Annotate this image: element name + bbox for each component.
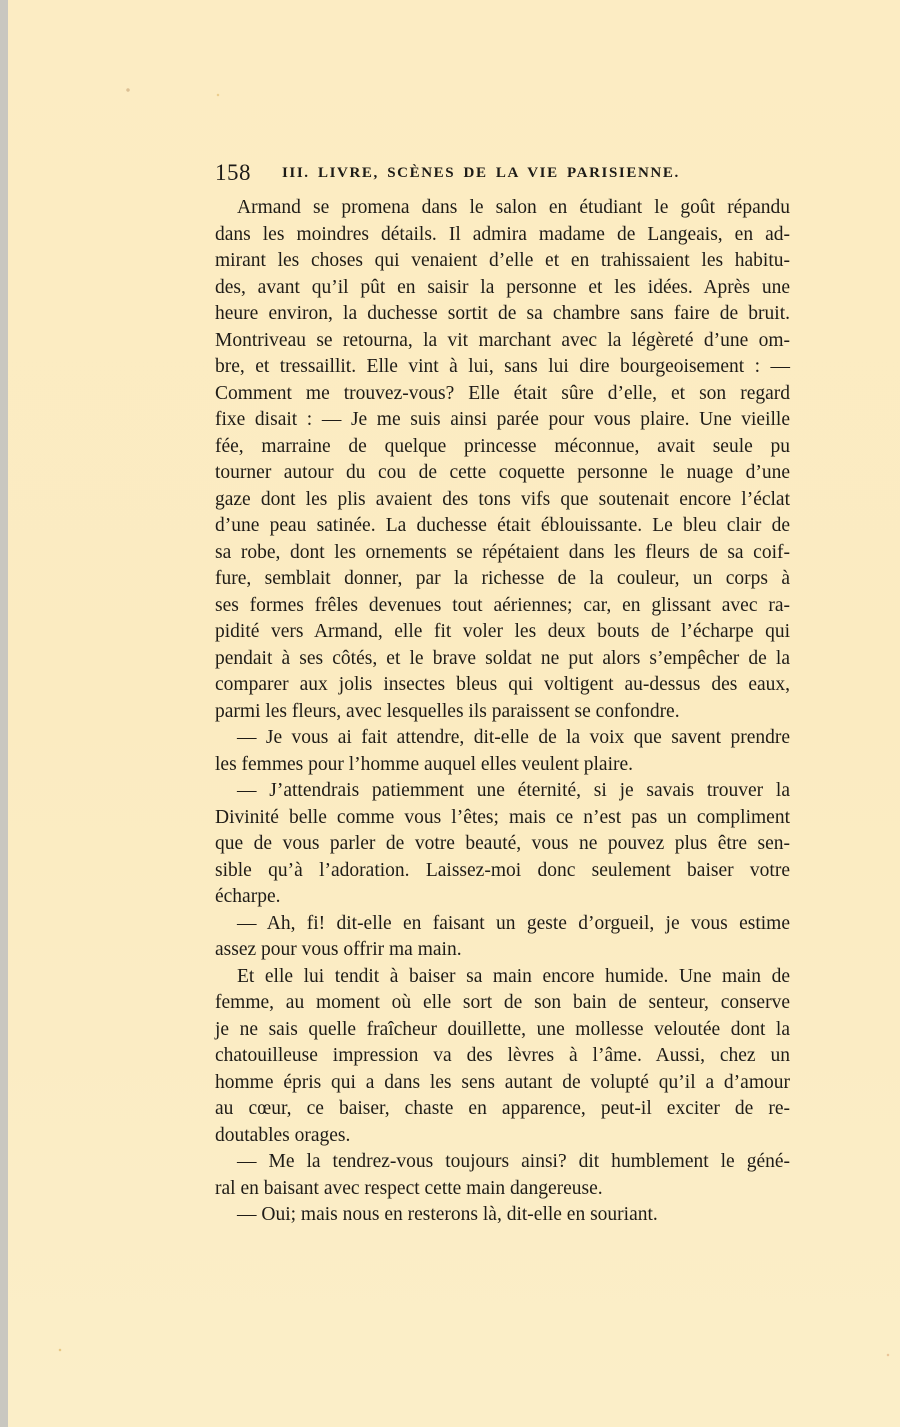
book-page: 158 III. LIVRE, SCÈNES DE LA VIE PARISIE… (8, 0, 900, 1427)
text-line: au cœur, ce baiser, chaste en apparence,… (215, 1096, 790, 1123)
text-line: Et elle lui tendit à baiser sa main enco… (215, 964, 790, 991)
text-line: doutables orages. (215, 1123, 790, 1150)
text-line: homme épris qui a dans les sens autant d… (215, 1070, 790, 1097)
text-line: que de vous parler de votre beauté, vous… (215, 831, 790, 858)
text-line: fée, marraine de quelque princesse mécon… (215, 434, 790, 461)
text-line: des, avant qu’il pût en saisir la person… (215, 275, 790, 302)
text-line: dans les moindres détails. Il admira mad… (215, 222, 790, 249)
text-line: sa robe, dont les ornements se répétaien… (215, 540, 790, 567)
text-line: parmi les fleurs, avec lesquelles ils pa… (215, 699, 790, 726)
running-title: III. LIVRE, SCÈNES DE LA VIE PARISIENNE. (282, 165, 680, 182)
text-line: Comment me trouvez-vous? Elle était sûre… (215, 381, 790, 408)
text-line: écharpe. (215, 884, 790, 911)
text-line: femme, au moment où elle sort de son bai… (215, 990, 790, 1017)
text-line: bre, et tressaillit. Elle vint à lui, sa… (215, 354, 790, 381)
text-line: fixe disait : — Je me suis ainsi parée p… (215, 407, 790, 434)
text-line: gaze dont les plis avaient des tons vifs… (215, 487, 790, 514)
text-line: fure, semblait donner, par la richesse d… (215, 566, 790, 593)
text-line: heure environ, la duchesse sortit de sa … (215, 301, 790, 328)
page-number: 158 (215, 160, 251, 186)
text-line: — Ah, fi! dit-elle en faisant un geste d… (215, 911, 790, 938)
text-line: Armand se promena dans le salon en étudi… (215, 195, 790, 222)
text-line: — Me la tendrez-vous toujours ainsi? dit… (215, 1149, 790, 1176)
text-line: pidité vers Armand, elle fit voler les d… (215, 619, 790, 646)
text-line: je ne sais quelle fraîcheur douillette, … (215, 1017, 790, 1044)
text-line: Divinité belle comme vous l’êtes; mais c… (215, 805, 790, 832)
running-head: 158 III. LIVRE, SCÈNES DE LA VIE PARISIE… (215, 160, 715, 190)
text-line: — Je vous ai fait attendre, dit-elle de … (215, 725, 790, 752)
text-line: sible qu’à l’adoration. Laissez-moi donc… (215, 858, 790, 885)
text-line: les femmes pour l’homme auquel elles veu… (215, 752, 790, 779)
text-line: d’une peau satinée. La duchesse était éb… (215, 513, 790, 540)
text-line: mirant les choses qui venaient d’elle et… (215, 248, 790, 275)
text-line: — J’attendrais patiemment une éternité, … (215, 778, 790, 805)
text-line: comparer aux jolis insectes bleus qui vo… (215, 672, 790, 699)
body-text: Armand se promena dans le salon en étudi… (215, 195, 790, 1229)
text-line: ral en baisant avec respect cette main d… (215, 1176, 790, 1203)
text-line: tourner autour du cou de cette coquette … (215, 460, 790, 487)
text-line: — Oui; mais nous en resterons là, dit-el… (215, 1202, 790, 1229)
text-line: Montriveau se retourna, la vit marchant … (215, 328, 790, 355)
text-line: chatouilleuse impression va des lèvres à… (215, 1043, 790, 1070)
text-line: pendait à ses côtés, et le brave soldat … (215, 646, 790, 673)
text-line: assez pour vous offrir ma main. (215, 937, 790, 964)
text-line: ses formes frêles devenues tout aérienne… (215, 593, 790, 620)
